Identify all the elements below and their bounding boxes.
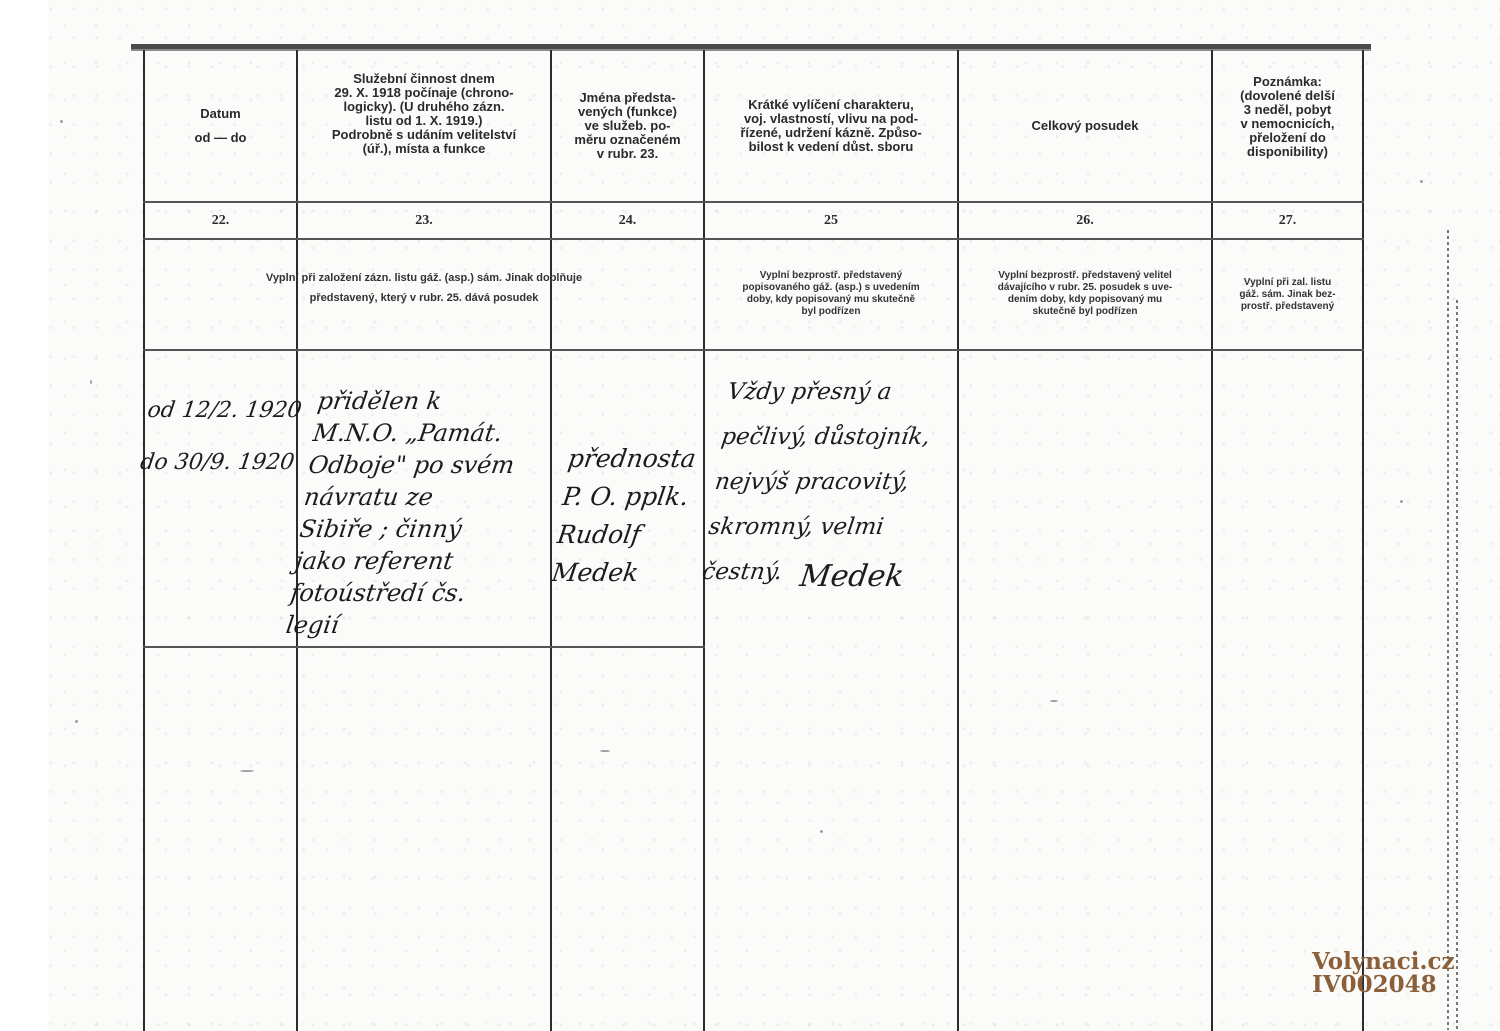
scan-speckle <box>75 720 78 723</box>
header-overall-assessment: Celkový posudek <box>959 52 1211 200</box>
scan-speckle <box>600 750 610 752</box>
column-number-26: 26. <box>959 203 1211 238</box>
instruction-col-26: Vyplní bezprostř. představený velitel dá… <box>959 240 1211 348</box>
instruction-col-25: Vyplní bezprostř. představený popisované… <box>705 240 957 348</box>
column-number-27: 27. <box>1213 203 1362 238</box>
watermark-site: Volynaci.cz <box>1312 950 1455 973</box>
column-number-23: 23. <box>298 203 550 238</box>
scan-speckle <box>1050 700 1058 702</box>
header-date: Datum od — do <box>145 52 296 200</box>
column-border <box>1362 50 1364 1031</box>
column-number-25: 25 <box>705 203 957 238</box>
scan-edge-line <box>1447 230 1449 1030</box>
scan-speckle <box>1420 180 1423 183</box>
header-note: Poznámka: (dovolené delší 3 neděl, pobyt… <box>1213 52 1362 182</box>
header-characterization: Krátké vylíčení charakteru, voj. vlastno… <box>705 52 957 200</box>
entry-signature: Medek <box>798 560 906 594</box>
header-superiors: Jména předsta- vených (funkce) ve služeb… <box>552 52 703 200</box>
column-number-24: 24. <box>552 203 703 238</box>
table-top-rule <box>131 44 1371 51</box>
column-border <box>1211 50 1213 1031</box>
instruction-cols-22-24: Vyplní při založení zázn. listu gáž. (as… <box>145 240 703 335</box>
scan-speckle <box>820 830 823 833</box>
watermark-id: IV002048 <box>1312 973 1455 996</box>
instruction-col-27: Vyplní při zal. listu gáž. sám. Jinak be… <box>1213 240 1362 350</box>
scan-edge-line <box>1456 300 1458 1030</box>
entry-date-range: od 12/2. 1920 do 30/9. 1920 <box>137 385 305 489</box>
entry-service-activity: přidělen k M.N.O. „Památ. Odboje" po své… <box>284 385 525 641</box>
watermark: Volynaci.cz IV002048 <box>1312 950 1455 996</box>
column-number-22: 22. <box>145 203 296 238</box>
scan-speckle <box>60 120 63 123</box>
scan-speckle <box>1400 500 1403 503</box>
scan-speckle <box>240 770 254 772</box>
entry-superiors: přednosta P. O. pplk. Rudolf Medek <box>549 440 698 592</box>
header-service-activity: Služební činnost dnem 29. X. 1918 počína… <box>298 52 550 176</box>
instruction-row-bottom-rule <box>143 349 1364 351</box>
entry-row-bottom-rule <box>143 646 705 648</box>
scan-speckle <box>90 380 92 384</box>
